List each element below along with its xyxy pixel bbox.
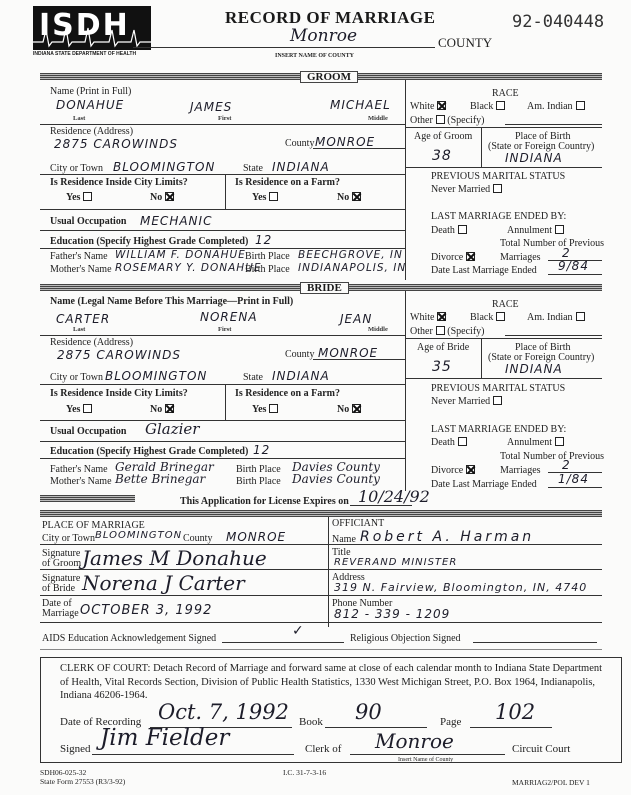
- checkbox-icon[interactable]: [493, 184, 502, 193]
- last-caption: Last: [73, 326, 85, 333]
- groom-city: BLOOMINGTON: [113, 160, 215, 174]
- groom-age-label: Age of Groom: [414, 131, 472, 142]
- groom-ended-annulment[interactable]: Annulment: [507, 225, 564, 236]
- groom-occupation-label: Usual Occupation: [50, 216, 126, 227]
- license-expires-label: This Application for License Expires on: [180, 496, 349, 507]
- checkbox-checked-icon[interactable]: [466, 252, 475, 261]
- groom-ended-death[interactable]: Death: [431, 225, 467, 236]
- officiant-name: Robert A. Harman: [360, 529, 534, 545]
- bride-ended-annulment[interactable]: Annulment: [507, 437, 564, 448]
- groom-name-label: Name (Print in Full): [50, 86, 131, 97]
- groom-address: 2875 CAROWINDS: [54, 137, 178, 151]
- bride-farm-label: Is Residence on a Farm?: [235, 388, 340, 399]
- groom-education: 12: [255, 233, 272, 247]
- bride-total-prev: 2: [562, 458, 571, 472]
- clerk-of-label: Clerk of: [305, 744, 341, 755]
- checkbox-checked-icon[interactable]: [437, 101, 446, 110]
- bride-state: INDIANA: [272, 369, 330, 383]
- statute-reference: I.C. 31-7-3-16: [283, 768, 326, 777]
- bride-city-limits-no[interactable]: No: [150, 404, 174, 415]
- date-of-recording: Oct. 7, 1992: [158, 700, 289, 724]
- bride-ended-divorce[interactable]: Divorce: [431, 465, 475, 476]
- bride-race-other[interactable]: Other (Specify): [410, 326, 485, 337]
- groom-signature-label-2: of Groom: [42, 558, 81, 569]
- bride-address: 2875 CAROWINDS: [57, 348, 181, 362]
- groom-county-label: County: [285, 138, 314, 149]
- heartbeat-icon: [33, 20, 151, 50]
- checkbox-checked-icon[interactable]: [165, 192, 174, 201]
- groom-date-last-ended-label: Date Last Marriage Ended: [431, 265, 537, 276]
- bride-mother-label: Mother's Name: [50, 476, 112, 487]
- checkbox-icon[interactable]: [458, 437, 467, 446]
- bride-total-prev-label: Total Number of Previous: [500, 451, 604, 462]
- county-hint: INSERT NAME OF COUNTY: [275, 51, 354, 62]
- groom-race-am-indian[interactable]: Am. Indian: [527, 101, 585, 112]
- checkbox-icon[interactable]: [269, 192, 278, 201]
- groom-age: 38: [432, 148, 452, 164]
- bride-mother-birth-label: Birth Place: [236, 476, 281, 487]
- groom-residence-label: Residence (Address): [50, 126, 133, 137]
- license-expires-date: 10/24/92: [358, 487, 430, 506]
- bride-occupation-label: Usual Occupation: [50, 426, 126, 437]
- checkbox-icon[interactable]: [436, 326, 445, 335]
- bride-city: BLOOMINGTON: [105, 369, 207, 383]
- book-number: 90: [355, 700, 382, 724]
- bride-name-label: Name (Legal Name Before This Marriage—Pr…: [50, 296, 293, 307]
- groom-last-ended-label: LAST MARRIAGE ENDED BY:: [431, 211, 566, 222]
- groom-race-other[interactable]: Other (Specify): [410, 115, 485, 126]
- ceremony-city: BLOOMINGTON: [95, 530, 182, 541]
- checkmark-icon: ✓: [292, 623, 305, 639]
- groom-mother-label: Mother's Name: [50, 264, 112, 275]
- groom-occupation: MECHANIC: [140, 214, 212, 228]
- book-label: Book: [299, 717, 323, 728]
- ceremony-county: MONROE: [226, 530, 286, 544]
- groom-mother-birthplace: INDIANAPOLIS, IN: [298, 262, 406, 274]
- groom-ended-divorce[interactable]: Divorce: [431, 252, 475, 263]
- officiant-phone: 812 - 339 - 1209: [334, 607, 450, 621]
- groom-mother-birth-label: Birth Place: [245, 264, 290, 275]
- groom-city-limits-yes[interactable]: Yes: [66, 192, 92, 203]
- state-form-number: State Form 27553 (R3/3-92): [40, 777, 125, 786]
- signed-label: Signed: [60, 744, 91, 755]
- county-value: Monroe: [290, 26, 357, 46]
- bride-prev-status-label: PREVIOUS MARITAL STATUS: [431, 383, 565, 394]
- checkbox-icon[interactable]: [269, 404, 278, 413]
- bride-date-last-ended-label: Date Last Marriage Ended: [431, 479, 537, 490]
- bride-occupation: Glazier: [145, 420, 199, 438]
- checkbox-checked-icon[interactable]: [352, 404, 361, 413]
- groom-city-limits-label: Is Residence Inside City Limits?: [50, 177, 188, 188]
- bride-city-label: City or Town: [50, 372, 103, 383]
- bride-state-label: State: [243, 372, 263, 383]
- checkbox-icon[interactable]: [83, 404, 92, 413]
- bride-race-white[interactable]: White: [410, 312, 446, 323]
- checkbox-checked-icon[interactable]: [466, 465, 475, 474]
- ceremony-county-label: County: [183, 533, 212, 544]
- bride-education: 12: [253, 443, 270, 457]
- groom-county: MONROE: [315, 135, 375, 149]
- bride-county-label: County: [285, 349, 314, 360]
- county-label: COUNTY: [438, 37, 492, 48]
- groom-state-label: State: [243, 163, 263, 174]
- checkbox-icon[interactable]: [83, 192, 92, 201]
- bride-ended-death[interactable]: Death: [431, 437, 467, 448]
- checkbox-icon[interactable]: [496, 101, 505, 110]
- groom-mother-name: ROSEMARY Y. DONAHUE: [115, 262, 262, 274]
- officiant-label: OFFICIANT: [332, 518, 384, 529]
- groom-father-name: WILLIAM F. DONAHUE: [115, 249, 246, 261]
- religious-objection-label: Religious Objection Signed: [350, 633, 461, 644]
- bride-signature-label-2: of Bride: [42, 583, 75, 594]
- bride-age-label: Age of Bride: [417, 342, 469, 353]
- groom-section-label: GROOM: [300, 71, 358, 83]
- groom-total-prev: 2: [562, 246, 571, 260]
- middle-caption: Middle: [368, 115, 388, 122]
- bride-father-label: Father's Name: [50, 464, 108, 475]
- groom-race-black[interactable]: Black: [470, 101, 505, 112]
- bride-marriages-label: Marriages: [500, 465, 541, 476]
- groom-race-white[interactable]: White: [410, 101, 446, 112]
- checkbox-icon[interactable]: [555, 437, 564, 446]
- checkbox-icon[interactable]: [555, 225, 564, 234]
- bride-age: 35: [432, 359, 452, 375]
- bride-education-label: Education (Specify Highest Grade Complet…: [50, 446, 248, 457]
- agency-caption: INDIANA STATE DEPARTMENT OF HEALTH: [33, 51, 136, 57]
- last-caption: Last: [73, 115, 85, 122]
- form-revision: MARRIAG2/POL DEV 1: [512, 778, 590, 787]
- page-number: 102: [495, 700, 535, 724]
- groom-state: INDIANA: [272, 160, 330, 174]
- groom-father-birthplace: BEECHGROVE, IN: [298, 249, 403, 261]
- bride-farm-no[interactable]: No: [337, 404, 361, 415]
- clerk-instructions: CLERK OF COURT: Detach Record of Marriag…: [60, 662, 608, 703]
- groom-middle-name: MICHAEL: [330, 98, 391, 112]
- groom-date-last-ended: 9/84: [558, 259, 589, 273]
- checkbox-checked-icon[interactable]: [437, 312, 446, 321]
- bride-first-name: NORENA: [200, 310, 258, 324]
- bride-city-limits-label: Is Residence Inside City Limits?: [50, 388, 188, 399]
- bride-date-last-ended: 1/84: [558, 472, 589, 486]
- officiant-address: 319 N. Fairview, Bloomington, IN, 4740: [334, 581, 587, 594]
- checkbox-checked-icon[interactable]: [352, 192, 361, 201]
- bride-never-married[interactable]: Never Married: [431, 396, 502, 407]
- bride-last-ended-label: LAST MARRIAGE ENDED BY:: [431, 424, 566, 435]
- bride-residence-label: Residence (Address): [50, 337, 133, 348]
- clerk-county-hint: Insert Name of County: [398, 755, 453, 766]
- bride-county: MONROE: [318, 346, 378, 360]
- groom-farm-no[interactable]: No: [337, 192, 361, 203]
- groom-marriages-label: Marriages: [500, 252, 541, 263]
- bride-race-black[interactable]: Black: [470, 312, 505, 323]
- groom-signature: James M Donahue: [82, 546, 267, 570]
- officiant-title: REVERAND MINISTER: [334, 557, 457, 568]
- checkbox-icon[interactable]: [436, 115, 445, 124]
- bride-birthplace: INDIANA: [505, 362, 563, 376]
- groom-education-label: Education (Specify Highest Grade Complet…: [50, 236, 248, 247]
- checkbox-icon[interactable]: [493, 396, 502, 405]
- groom-farm-label: Is Residence on a Farm?: [235, 177, 340, 188]
- groom-farm-yes[interactable]: Yes: [252, 192, 278, 203]
- bride-mother-birthplace: Davies County: [292, 472, 380, 486]
- bride-mother-name: Bette Brinegar: [115, 472, 205, 486]
- checkbox-icon[interactable]: [458, 225, 467, 234]
- circuit-court-label: Circuit Court: [512, 744, 570, 755]
- clerk-signature: Jim Fielder: [100, 725, 229, 751]
- groom-last-name: DONAHUE: [56, 98, 124, 112]
- first-caption: First: [218, 115, 231, 122]
- document-number: 92-040448: [512, 12, 604, 32]
- bride-signature: Norena J Carter: [82, 571, 245, 595]
- checkbox-checked-icon[interactable]: [165, 404, 174, 413]
- middle-caption: Middle: [368, 326, 388, 333]
- document-title: RECORD OF MARRIAGE: [225, 8, 435, 28]
- groom-city-limits-no[interactable]: No: [150, 192, 174, 203]
- checkbox-icon[interactable]: [576, 101, 585, 110]
- bride-section-label: BRIDE: [300, 282, 349, 294]
- groom-city-label: City or Town: [50, 163, 103, 174]
- groom-birthplace: INDIANA: [505, 151, 563, 165]
- first-caption: First: [218, 326, 231, 333]
- groom-prev-status-label: PREVIOUS MARITAL STATUS: [431, 171, 565, 182]
- groom-race-label: RACE: [492, 88, 519, 99]
- checkbox-icon[interactable]: [576, 312, 585, 321]
- page-label: Page: [440, 717, 461, 728]
- isdh-logo: ISDH: [33, 6, 151, 50]
- bride-race-am-indian[interactable]: Am. Indian: [527, 312, 585, 323]
- groom-father-birth-label: Birth Place: [245, 251, 290, 262]
- groom-total-prev-label: Total Number of Previous: [500, 238, 604, 249]
- aids-acknowledgement-label: AIDS Education Acknowledgement Signed: [42, 633, 216, 644]
- bride-farm-yes[interactable]: Yes: [252, 404, 278, 415]
- checkbox-icon[interactable]: [496, 312, 505, 321]
- bride-middle-name: JEAN: [340, 312, 372, 326]
- bride-father-birth-label: Birth Place: [236, 464, 281, 475]
- marriage-date: OCTOBER 3, 1992: [80, 603, 212, 618]
- ceremony-city-label: City or Town: [42, 533, 95, 544]
- bride-last-name: CARTER: [56, 312, 110, 326]
- groom-first-name: JAMES: [190, 100, 232, 114]
- clerk-county: Monroe: [375, 729, 454, 753]
- groom-never-married[interactable]: Never Married: [431, 184, 502, 195]
- marriage-date-label-2: Marriage: [42, 608, 79, 619]
- bride-city-limits-yes[interactable]: Yes: [66, 404, 92, 415]
- groom-father-label: Father's Name: [50, 251, 108, 262]
- form-code: SDH06-025-32: [40, 768, 86, 777]
- bride-race-label: RACE: [492, 299, 519, 310]
